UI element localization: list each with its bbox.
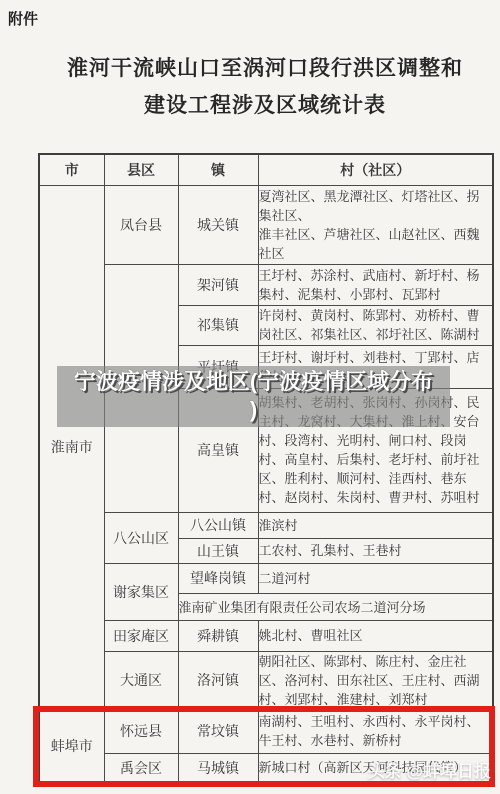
villages-text: 许岗村、黄岗村、陈郢村、劝桥村、曹岗社区、祁集社区、祁圩社区、陈湖村 bbox=[259, 306, 493, 344]
villages-text: 二道河村 bbox=[259, 569, 493, 588]
table-row: 淮南市 凤台县 城关镇 夏湾社区、黑龙潭社区、灯塔社区、拐集社区、 淮丰社区、芦… bbox=[39, 185, 493, 264]
villages-cell: 许岗村、黄岗村、陈郢村、劝桥村、曹岗社区、祁集社区、祁圩社区、陈湖村 bbox=[258, 305, 493, 345]
town-cell: 八公山镇 bbox=[178, 512, 258, 538]
overlay-caption-line1: 宁波疫情涉及地区(宁波疫情区域分布 bbox=[74, 368, 433, 396]
villages-text: 夏湾社区、黑龙潭社区、灯塔社区、拐集社区、 淮丰社区、芦塘社区、山赵社区、西魏社… bbox=[259, 187, 493, 263]
town-cell: 祁集镇 bbox=[178, 305, 258, 345]
town-label: 常坟镇 bbox=[197, 723, 239, 739]
merged-factory-text: 淮南矿业集团有限责任公司农场二道河分场 bbox=[179, 600, 426, 615]
document-title-line2: 建设工程涉及区域统计表 bbox=[38, 87, 492, 124]
town-label: 祁集镇 bbox=[197, 317, 239, 333]
county-cell: 怀远县 bbox=[104, 709, 178, 753]
county-label: 凤台县 bbox=[120, 217, 162, 233]
town-label: 城关镇 bbox=[197, 217, 239, 233]
villages-cell: 工农村、孔集村、王巷村 bbox=[258, 538, 493, 563]
villages-cell: 二道河村 bbox=[258, 563, 493, 593]
header-county: 县区 bbox=[104, 154, 178, 185]
overlay-caption-line2: ) bbox=[250, 396, 257, 424]
villages-cell: 王圩村、苏涂村、武庙村、新圩村、杨集村、泥集村、小郢村、瓦郢村 bbox=[258, 264, 493, 305]
county-label: 八公山区 bbox=[113, 530, 169, 546]
county-label: 怀远县 bbox=[120, 723, 162, 739]
town-cell: 山王镇 bbox=[178, 538, 258, 563]
villages-cell: 南湖村、王咀村、永西村、永平岗村、牛王村、水巷村、新桥村 bbox=[258, 709, 493, 753]
county-label: 大通区 bbox=[120, 672, 162, 688]
header-town: 镇 bbox=[178, 154, 258, 185]
header-village: 村（社区） bbox=[258, 154, 493, 185]
town-label: 舜耕镇 bbox=[197, 628, 239, 644]
town-label: 架河镇 bbox=[197, 277, 239, 293]
region-statistics-table: 市 县区 镇 村（社区） 淮南市 凤台县 城关镇 夏湾社区、黑龙潭社区、灯塔社区… bbox=[38, 153, 494, 784]
town-cell: 舜耕镇 bbox=[178, 620, 258, 651]
town-label: 马城镇 bbox=[197, 760, 239, 776]
villages-text: 王圩村、苏涂村、武庙村、新圩村、杨集村、泥集村、小郢村、瓦郢村 bbox=[259, 266, 493, 304]
villages-cell: 夏湾社区、黑龙潭社区、灯塔社区、拐集社区、 淮丰社区、芦塘社区、山赵社区、西魏社… bbox=[258, 185, 493, 264]
overlay-caption-banner: 宁波疫情涉及地区(宁波疫情区域分布 ) bbox=[57, 366, 450, 427]
table-header-row: 市 县区 镇 村（社区） bbox=[39, 154, 493, 185]
county-cell: 谢家集区 bbox=[104, 563, 178, 620]
villages-text: 朝阳社区、陈郢村、陈庄村、金庄社区、洛河村、田东社区、王庄村、西湖村、刘郢村、淮… bbox=[259, 652, 493, 708]
county-cell: 禹会区 bbox=[104, 753, 178, 783]
city-label: 淮南市 bbox=[51, 439, 93, 455]
county-cell: 田家庵区 bbox=[104, 620, 178, 651]
villages-text: 姚北村、曹咀社区 bbox=[259, 626, 493, 645]
table-row: 蚌埠市 怀远县 常坟镇 南湖村、王咀村、永西村、永平岗村、牛王村、水巷村、新桥村 bbox=[39, 709, 493, 753]
city-cell: 淮南市 bbox=[39, 185, 104, 709]
town-label: 高皇镇 bbox=[197, 442, 239, 458]
county-label: 田家庵区 bbox=[113, 628, 169, 644]
header-city: 市 bbox=[39, 154, 104, 185]
document-title-line1: 淮河干流峡山口至涡河口段行洪区调整和 bbox=[38, 50, 492, 87]
town-label: 洛河镇 bbox=[197, 672, 239, 688]
town-cell: 架河镇 bbox=[178, 264, 258, 305]
county-label: 禹会区 bbox=[120, 760, 162, 776]
merged-factory-cell: 淮南矿业集团有限责任公司农场二道河分场 bbox=[178, 593, 493, 620]
table-row: 谢家集区 望峰岗镇 二道河村 bbox=[39, 563, 493, 593]
document-page: 附件 淮河干流峡山口至涡河口段行洪区调整和 建设工程涉及区域统计表 市 县区 镇… bbox=[0, 0, 500, 794]
villages-cell: 朝阳社区、陈郢村、陈庄村、金庄社区、洛河村、田东社区、王庄村、西湖村、刘郢村、淮… bbox=[258, 651, 493, 709]
town-cell: 常坟镇 bbox=[178, 709, 258, 753]
town-label: 山王镇 bbox=[197, 543, 239, 559]
town-cell: 城关镇 bbox=[178, 185, 258, 264]
city-label: 蚌埠市 bbox=[51, 738, 93, 754]
county-cell: 八公山区 bbox=[104, 512, 178, 563]
county-cell: 凤台县 bbox=[104, 185, 178, 264]
table-row: 八公山区 八公山镇 淮滨村 bbox=[39, 512, 493, 538]
town-cell: 马城镇 bbox=[178, 753, 258, 783]
table-row: 田家庵区 舜耕镇 姚北村、曹咀社区 bbox=[39, 620, 493, 651]
villages-text: 淮滨村 bbox=[259, 516, 493, 535]
town-label: 八公山镇 bbox=[190, 517, 246, 533]
town-cell: 望峰岗镇 bbox=[178, 563, 258, 593]
villages-text: 南湖村、王咀村、永西村、永平岗村、牛王村、水巷村、新桥村 bbox=[259, 712, 493, 750]
county-label: 谢家集区 bbox=[113, 584, 169, 600]
county-cell: 大通区 bbox=[104, 651, 178, 709]
watermark-toutiao: 头条 @蚌埠日报 bbox=[368, 757, 491, 782]
villages-text: 工农村、孔集村、王巷村 bbox=[259, 541, 493, 560]
villages-cell: 淮滨村 bbox=[258, 512, 493, 538]
city-cell: 蚌埠市 bbox=[39, 709, 104, 783]
town-cell: 洛河镇 bbox=[178, 651, 258, 709]
attachment-label: 附件 bbox=[8, 8, 38, 29]
document-title: 淮河干流峡山口至涡河口段行洪区调整和 建设工程涉及区域统计表 bbox=[38, 50, 492, 124]
villages-cell: 姚北村、曹咀社区 bbox=[258, 620, 493, 651]
town-label: 望峰岗镇 bbox=[190, 570, 246, 586]
table-row: 大通区 洛河镇 朝阳社区、陈郢村、陈庄村、金庄社区、洛河村、田东社区、王庄村、西… bbox=[39, 651, 493, 709]
table-row: 架河镇 王圩村、苏涂村、武庙村、新圩村、杨集村、泥集村、小郢村、瓦郢村 bbox=[39, 264, 493, 305]
